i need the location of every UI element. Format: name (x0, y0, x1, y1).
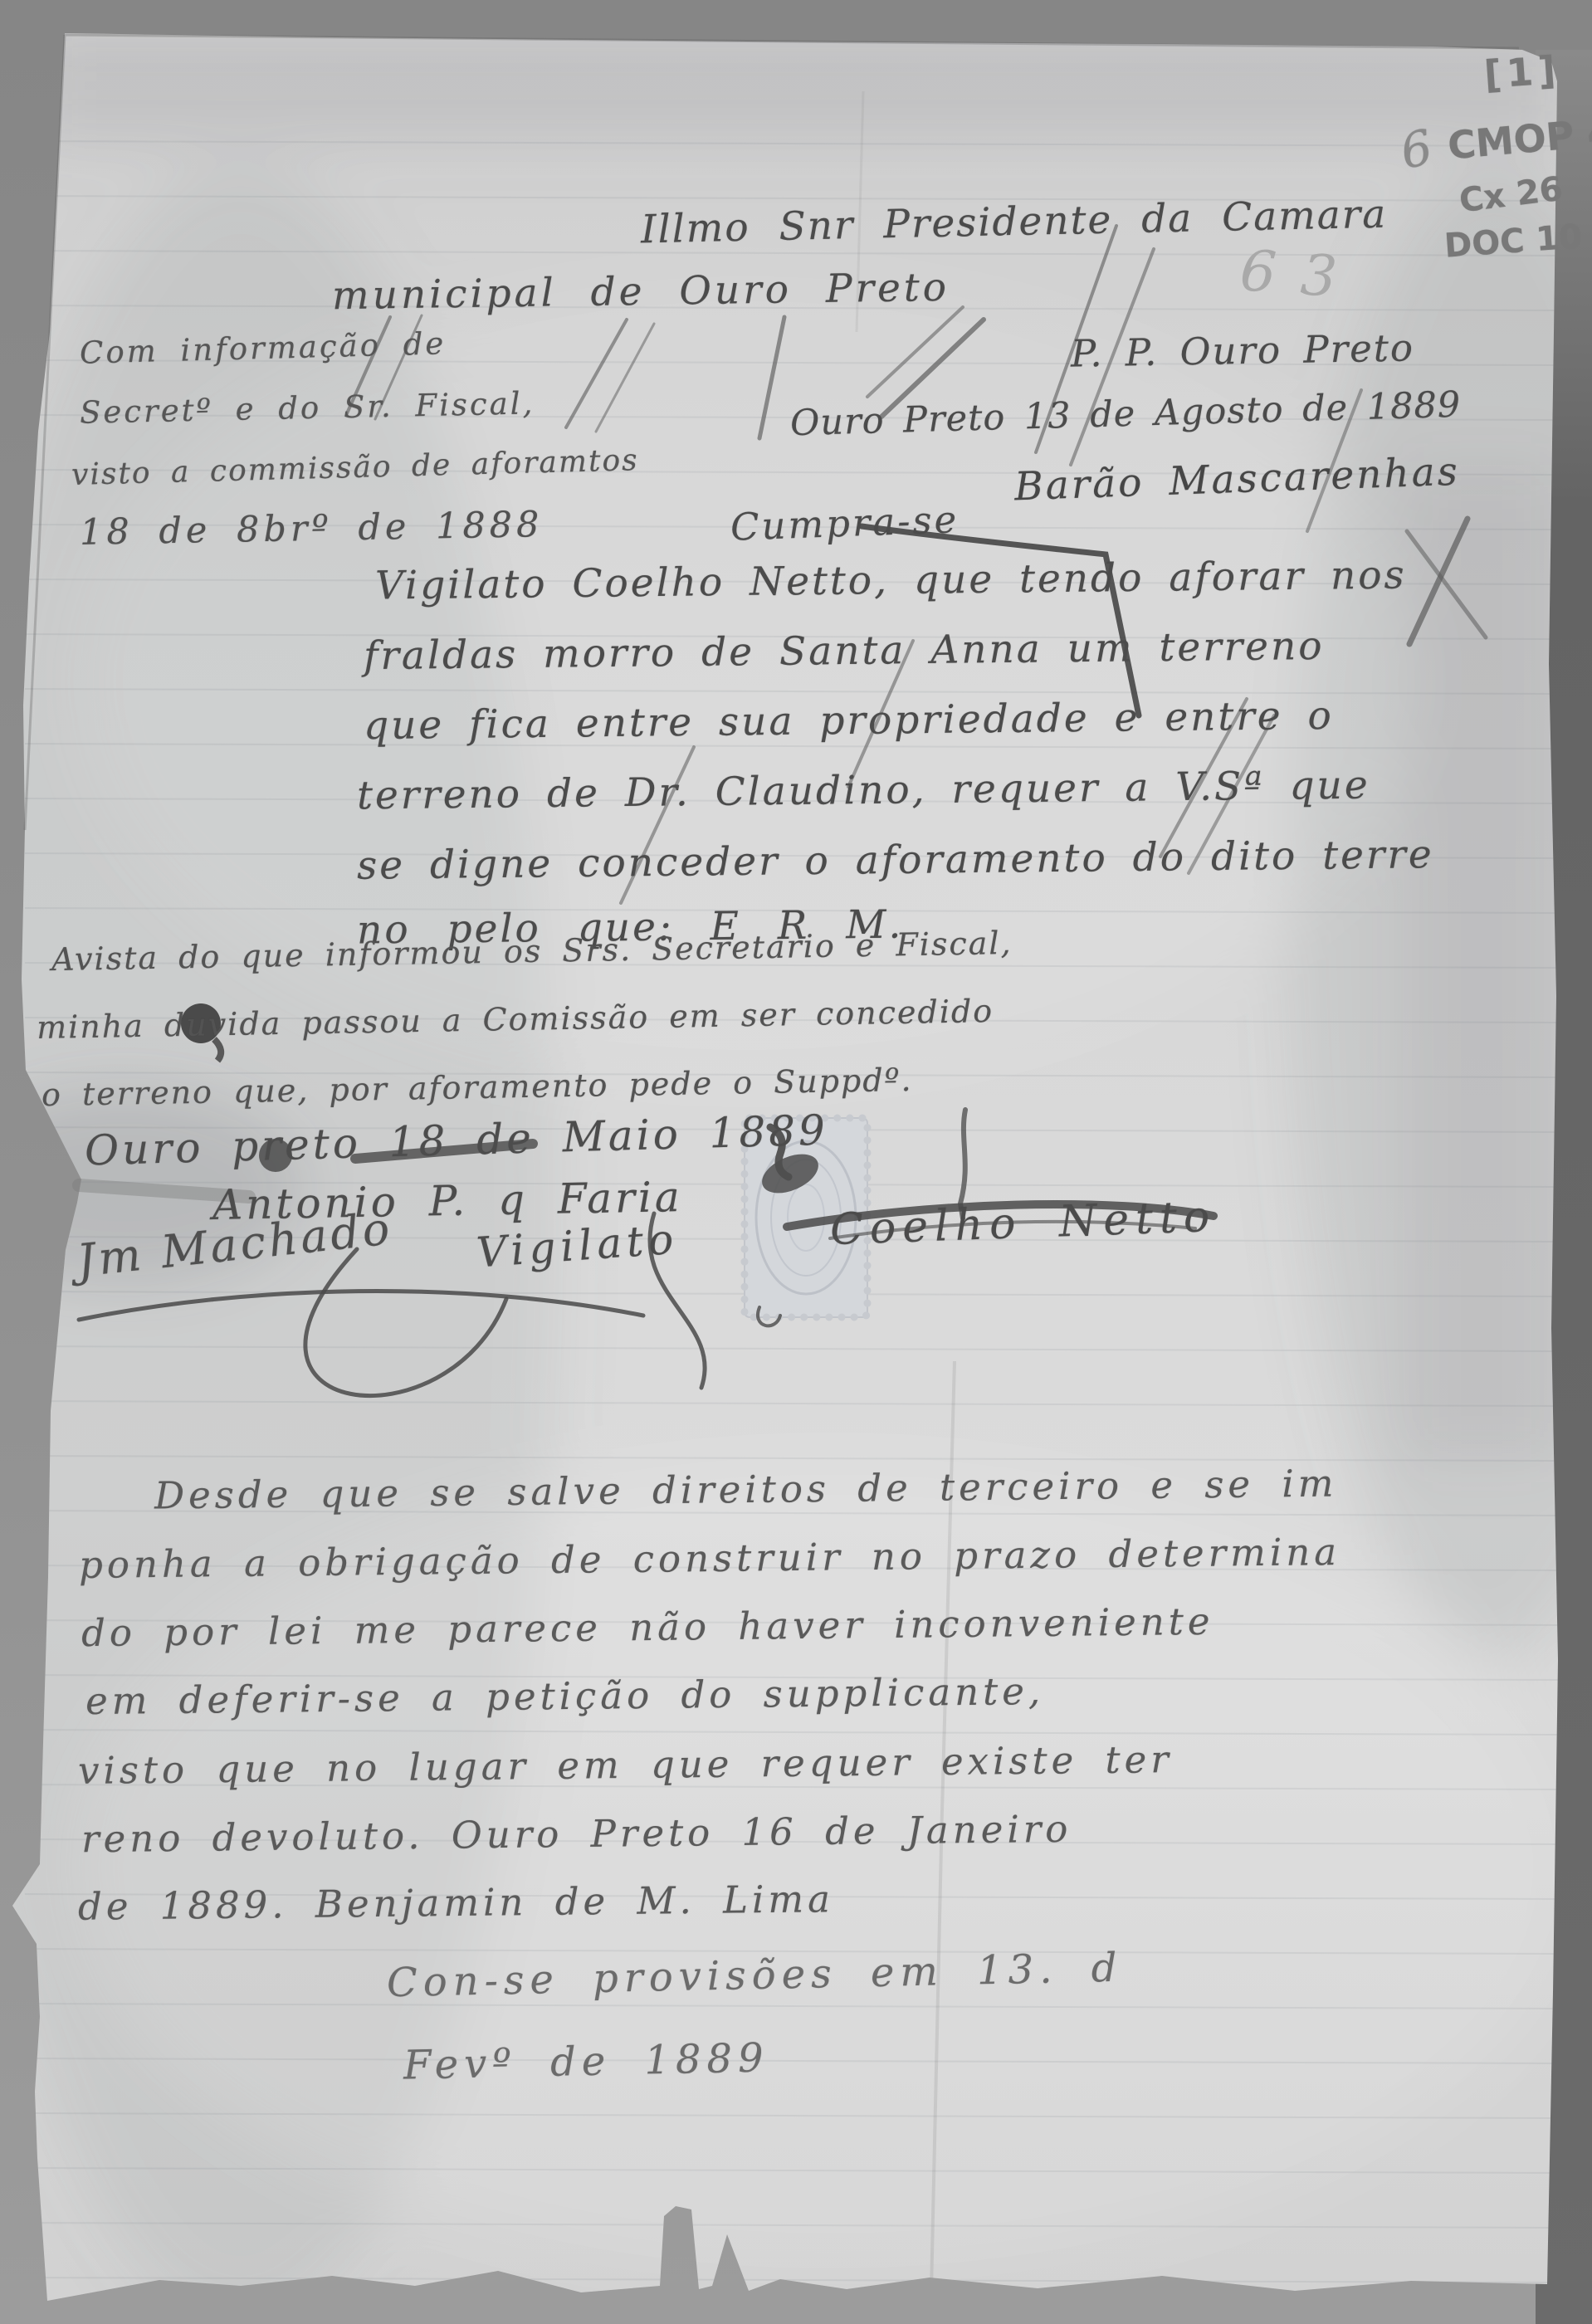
folio-number: 63 (1238, 238, 1364, 312)
scanned-document: [1] 6 CMOP 4 Cx 26 DOC 10 63 Illmo Snr P… (0, 0, 1592, 2324)
cumpra-se-note: Cumpra-se (730, 497, 960, 549)
addressee-line-2: municipal de Ouro Preto (332, 265, 950, 319)
archival-page-marker: [1] (1482, 47, 1562, 97)
margin-note-line-4: 18 de 8brº de 1888 (80, 504, 544, 554)
despacho-pp-line: P. P. Ouro Preto (1071, 325, 1415, 375)
fiscal-opinion-line-7: de 1889. Benjamin de M. Lima (78, 1877, 834, 1929)
final-note-line-2: Fevº de 1889 (403, 2034, 769, 2088)
